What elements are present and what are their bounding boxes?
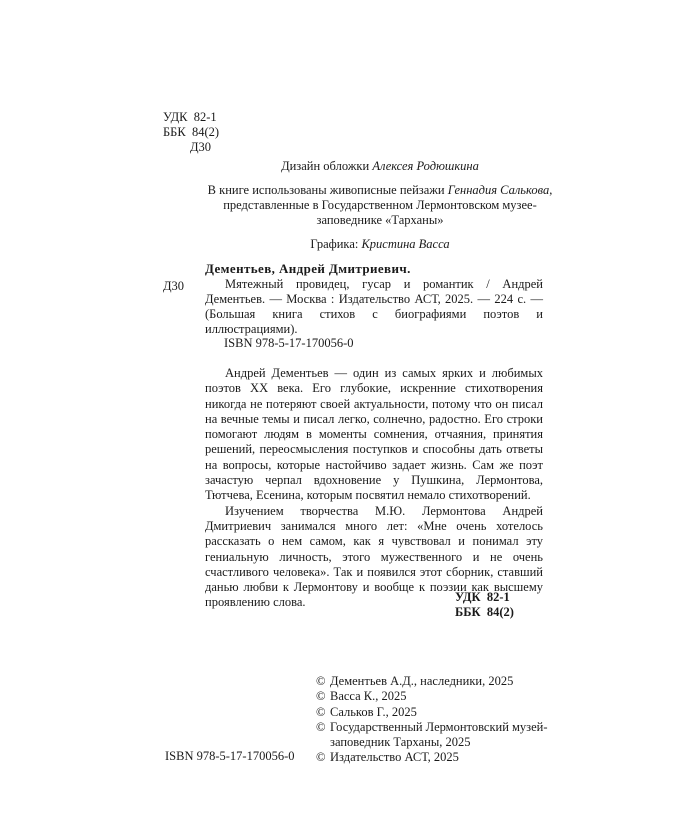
copyright-icon: © [316, 720, 326, 735]
copyright-icon: © [316, 750, 326, 765]
copyright-item: ©Государственный Лермонтовский музей-зап… [316, 720, 556, 751]
copyright-icon: © [316, 705, 326, 720]
copyright-item: ©Васса К., 2025 [316, 689, 556, 704]
author-mark: Д30 [163, 140, 219, 155]
cover-design-label: Дизайн обложки [281, 159, 372, 173]
landscapes-artist-first: Геннадия [448, 183, 497, 197]
udk-code-bottom: УДК 82-1 [455, 590, 514, 605]
copyright-icon: © [316, 689, 326, 704]
landscapes-credit: В книге использованы живописные пейзажи … [200, 183, 560, 228]
copyright-text: Издательство АСТ, 2025 [330, 750, 459, 764]
cover-design-credit: Дизайн обложки Алексея Родюшкина [200, 159, 560, 174]
landscapes-artist-last: Салькова [500, 183, 549, 197]
graphics-artist-name: Кристина Васса [361, 237, 449, 251]
annotation-paragraph: Андрей Дементьев — один из самых ярких и… [205, 366, 543, 504]
landscapes-prefix: В книге использованы живописные пейзажи [208, 183, 448, 197]
classification-codes-top: УДК 82-1 ББК 84(2) Д30 [163, 110, 219, 155]
isbn-bottom: ISBN 978-5-17-170056-0 [165, 749, 295, 764]
isbn-main: ISBN 978-5-17-170056-0 [224, 336, 354, 351]
catalog-author-mark: Д30 [163, 279, 184, 294]
credits-block: Дизайн обложки Алексея Родюшкина В книге… [200, 159, 560, 261]
bbk-code-bottom: ББК 84(2) [455, 605, 514, 620]
catalog-heading: Дементьев, Андрей Дмитриевич. [205, 261, 543, 276]
copyright-list: ©Дементьев А.Д., наследники, 2025 ©Васса… [316, 674, 556, 766]
graphics-credit: Графика: Кристина Васса [200, 237, 560, 252]
catalog-entry: Мятежный провидец, гусар и романтик / Ан… [205, 277, 543, 337]
udk-code: УДК 82-1 [163, 110, 219, 125]
cover-designer-name: Алексея Родюшкина [372, 159, 479, 173]
copyright-text: Сальков Г., 2025 [330, 705, 417, 719]
copyright-text: Васса К., 2025 [330, 689, 407, 703]
catalog-record: Дементьев, Андрей Дмитриевич. Мятежный п… [205, 261, 543, 337]
classification-codes-bottom: УДК 82-1 ББК 84(2) [455, 590, 514, 620]
copyright-icon: © [316, 674, 326, 689]
copyright-item: ©Сальков Г., 2025 [316, 705, 556, 720]
copyright-item: ©Дементьев А.Д., наследники, 2025 [316, 674, 556, 689]
graphics-label: Графика: [310, 237, 361, 251]
annotation: Андрей Дементьев — один из самых ярких и… [205, 366, 543, 611]
copyright-text: Дементьев А.Д., наследники, 2025 [330, 674, 513, 688]
copyright-text: Государственный Лермонтовский музей-запо… [330, 720, 548, 749]
bbk-code: ББК 84(2) [163, 125, 219, 140]
copyright-item: ©Издательство АСТ, 2025 [316, 750, 556, 765]
